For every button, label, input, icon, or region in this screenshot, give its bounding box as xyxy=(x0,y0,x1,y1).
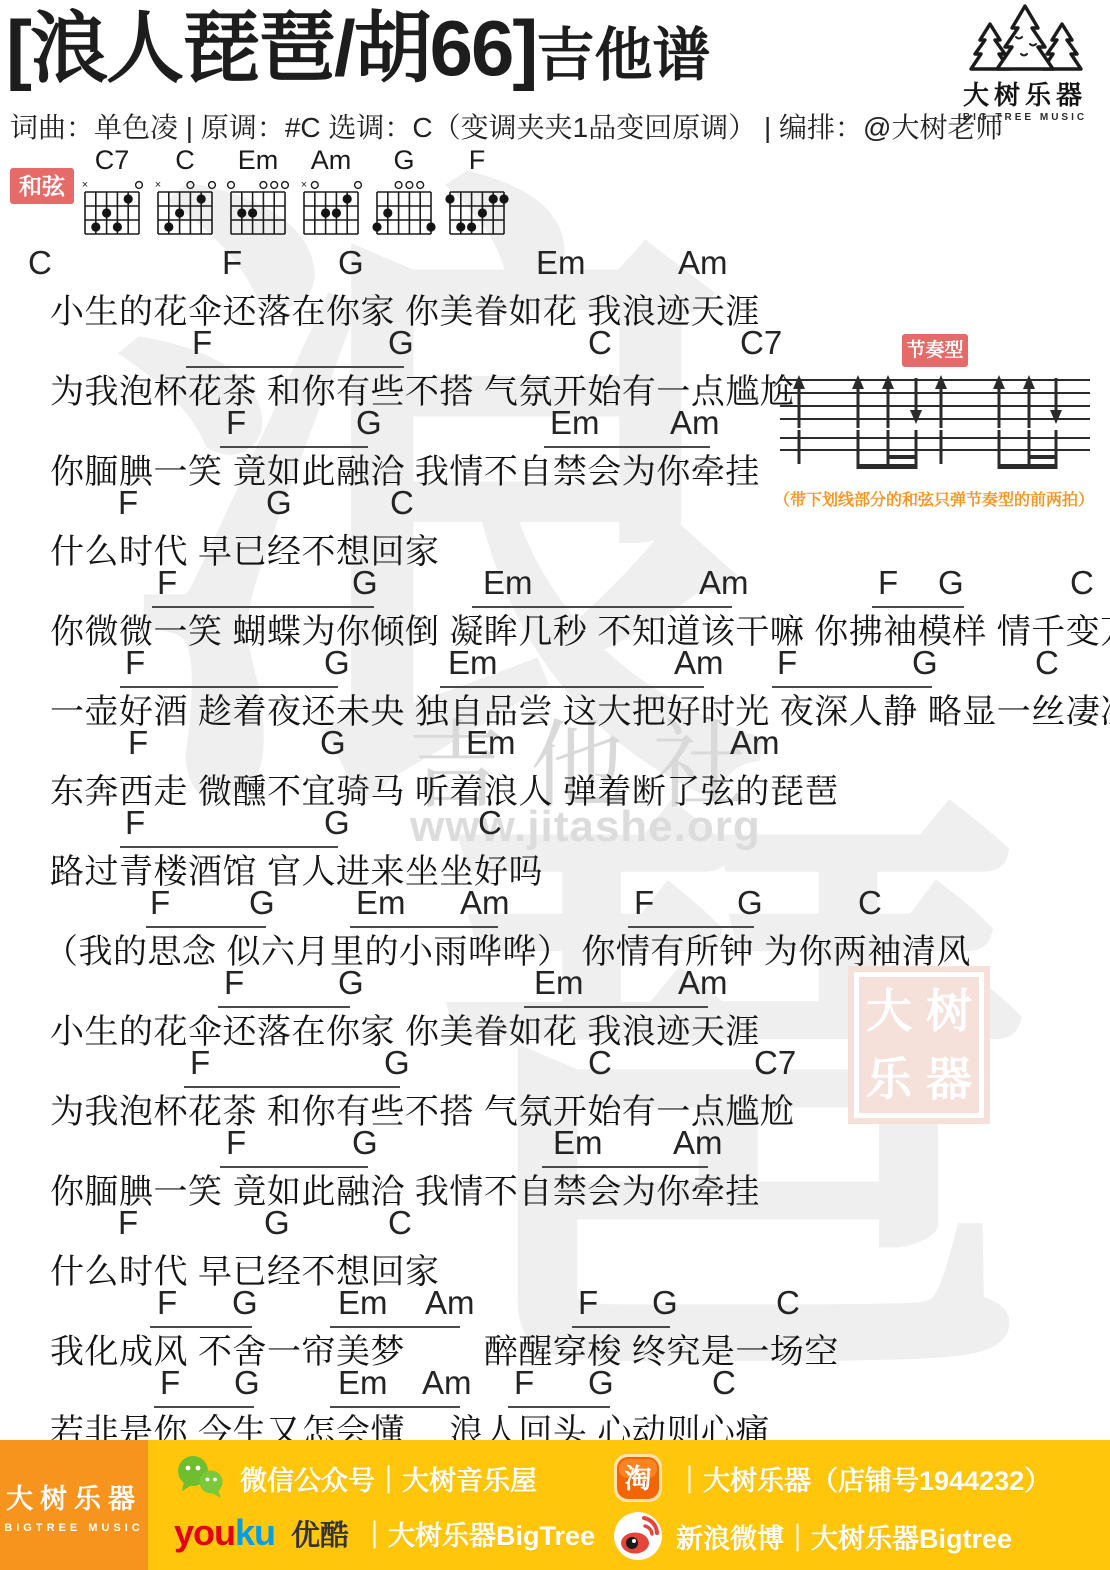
chord-symbol: G xyxy=(320,724,346,762)
chord-symbol: F xyxy=(777,644,797,682)
chord-symbol: Em xyxy=(338,1284,388,1322)
chord-symbol: C xyxy=(858,884,882,922)
chord-symbol: C xyxy=(1035,644,1059,682)
chord-symbol: C xyxy=(390,484,414,522)
score-line-5: FGEmAmFGC你微微一笑 蝴蝶为你倾倒 凝眸几秒 不知道该干嘛 你拂袖模样 … xyxy=(0,560,1110,640)
score-line-11: FGCC7为我泡杯花茶 和你有些不搭 气氛开始有一点尴尬 xyxy=(0,1040,1110,1120)
score-line-13: FGC什么时代 早已经不想回家 xyxy=(0,1200,1110,1280)
score-line-2: FGCC7为我泡杯花茶 和你有些不搭 气氛开始有一点尴尬 xyxy=(0,320,1110,400)
youku-logo-red: you xyxy=(174,1512,235,1553)
fretboard-grid xyxy=(226,176,290,238)
chord-name: Am xyxy=(311,146,352,176)
chord-symbol: G xyxy=(352,1124,378,1162)
fretboard-grid xyxy=(372,176,436,238)
chord-symbol: F xyxy=(192,324,212,362)
chords-label: 和弦 xyxy=(10,168,74,204)
chord-symbol: Am xyxy=(674,644,724,682)
score-line-1: CFGEmAm小生的花伞还落在你家 你美眷如花 我浪迹天涯 xyxy=(0,240,1110,320)
chord-symbol: G xyxy=(588,1364,614,1402)
chord-symbol: C xyxy=(712,1364,736,1402)
score-line-3: FGEmAm你腼腆一笑 竟如此融洽 我情不自禁会为你牵挂 xyxy=(0,400,1110,480)
fretboard-grid xyxy=(445,176,509,238)
chord-symbol: C xyxy=(478,804,502,842)
chord-symbol: Em xyxy=(534,964,584,1002)
chord-symbol: G xyxy=(234,1364,260,1402)
chord-symbol: F xyxy=(514,1364,534,1402)
chord-symbol: Am xyxy=(422,1364,472,1402)
chord-symbol: Am xyxy=(673,1124,723,1162)
chord-symbol: F xyxy=(878,564,898,602)
svg-text:淘: 淘 xyxy=(625,1464,652,1494)
bigtree-logo: 大树乐器 BIG TREE MUSIC xyxy=(944,4,1106,123)
chord-symbol: C xyxy=(588,324,612,362)
chord-symbol: Am xyxy=(730,724,780,762)
chord-symbol: F xyxy=(118,484,138,522)
chord-diagram-row: C7×C×EmAm×GF xyxy=(80,146,509,238)
chord-name: C7 xyxy=(95,146,130,176)
chord-symbol: G xyxy=(912,644,938,682)
chord-symbol: G xyxy=(264,1204,290,1242)
chord-symbol: Am xyxy=(678,964,728,1002)
chord-symbol: G xyxy=(356,404,382,442)
chord-diagram-F: F xyxy=(445,146,509,238)
chord-symbol: Am xyxy=(678,244,728,282)
chord-diagram-Am: Am× xyxy=(299,146,363,238)
chord-diagram-C7: C7× xyxy=(80,146,144,238)
footer-taobao-text: ｜大树乐器（店铺号1944232） xyxy=(676,1459,1051,1498)
chord-symbol: Em xyxy=(483,564,533,602)
chord-symbol: Em xyxy=(356,884,406,922)
chord-symbol: C xyxy=(588,1044,612,1082)
chord-diagram-Em: Em xyxy=(226,146,290,238)
chord-symbol: G xyxy=(384,1044,410,1082)
chord-symbol: Am xyxy=(670,404,720,442)
chord-symbol: C7 xyxy=(754,1044,796,1082)
chord-symbol: F xyxy=(118,1204,138,1242)
fretboard-grid: × xyxy=(153,176,217,238)
footer-weibo-text: 新浪微博｜大树乐器Bigtree xyxy=(676,1517,1012,1556)
weibo-icon xyxy=(612,1510,664,1562)
svg-text:×: × xyxy=(301,179,307,191)
chord-symbol: F xyxy=(224,964,244,1002)
chord-symbol: C xyxy=(1070,564,1094,602)
guitar-sheet-page: 浪 琶 吉他社 www.jitashe.org 大 树 乐 器 [浪人琵琶/胡6… xyxy=(0,0,1110,1570)
score-line-14: FGEmAmFGC我化成风 不舍一帘美梦 醉醒穿梭 终究是一场空 xyxy=(0,1280,1110,1360)
chord-name: G xyxy=(393,146,414,176)
footer-taobao-item: 淘 ｜大树乐器（店铺号1944232） xyxy=(612,1452,1051,1504)
chord-name: F xyxy=(469,146,486,176)
chord-symbol: C xyxy=(776,1284,800,1322)
chord-symbol: F xyxy=(160,1364,180,1402)
chord-symbol: F xyxy=(128,724,148,762)
score-line-15: FGEmAmFGC若非是你 今生又怎会懂 浪人回头 心动则心痛 xyxy=(0,1360,1110,1440)
score-line-7: FGEmAm东奔西走 微醺不宜骑马 听着浪人 弹着断了弦的琵琶 xyxy=(0,720,1110,800)
chord-symbol: G xyxy=(652,1284,678,1322)
chord-symbol: G xyxy=(737,884,763,922)
chord-symbol: G xyxy=(324,644,350,682)
chord-symbol: G xyxy=(266,484,292,522)
chord-symbol: G xyxy=(324,804,350,842)
song-meta: 词曲：单色凌 | 原调：#C 选调：C（变调夹夹1品变回原调） | 编排：@大树… xyxy=(10,106,1003,146)
score-line-4: FGC什么时代 早已经不想回家 xyxy=(0,480,1110,560)
logo-subname: BIG TREE MUSIC xyxy=(944,112,1106,123)
score-line-6: FGEmAmFGC一壶好酒 趁着夜还未央 独自品尝 这大把好时光 夜深人静 略显… xyxy=(0,640,1110,720)
score-line-10: FGEmAm小生的花伞还落在你家 你美眷如花 我浪迹天涯 xyxy=(0,960,1110,1040)
footer-brand-block: 大树乐器 BIGTREE MUSIC xyxy=(0,1440,148,1570)
chord-symbol: Em xyxy=(536,244,586,282)
chord-symbol: F xyxy=(226,1124,246,1162)
chord-diagram-C: C× xyxy=(153,146,217,238)
chord-symbol: C xyxy=(28,244,52,282)
chord-symbol: G xyxy=(352,564,378,602)
svg-text:×: × xyxy=(155,179,161,191)
chord-symbol: Em xyxy=(550,404,600,442)
chord-symbol: F xyxy=(634,884,654,922)
chord-symbol: F xyxy=(125,804,145,842)
footer-youku-text: ｜大树乐器BigTree xyxy=(361,1514,595,1553)
chord-name: C xyxy=(175,146,195,176)
footer-brand-name: 大树乐器 xyxy=(6,1477,142,1516)
chord-symbol: G xyxy=(338,244,364,282)
pine-trees-icon xyxy=(950,4,1100,72)
chord-symbol: G xyxy=(232,1284,258,1322)
chord-symbol: G xyxy=(249,884,275,922)
chord-symbol: F xyxy=(226,404,246,442)
chord-symbol: F xyxy=(190,1044,210,1082)
chord-symbol: Em xyxy=(338,1364,388,1402)
footer-brand-sub: BIGTREE MUSIC xyxy=(4,1522,143,1534)
svg-text:×: × xyxy=(82,179,88,191)
fretboard-grid: × xyxy=(299,176,363,238)
youku-logo: youku xyxy=(174,1512,275,1554)
chord-name: Em xyxy=(238,146,279,176)
chord-symbol: Am xyxy=(699,564,749,602)
chord-symbol: F xyxy=(157,564,177,602)
chord-symbol: G xyxy=(938,564,964,602)
chord-symbol: Am xyxy=(425,1284,475,1322)
score-line-9: FGEmAmFGC（我的思念 似六月里的小雨哗哗） 你情有所钟 为你两袖清风 xyxy=(0,880,1110,960)
footer-bar: 大树乐器 BIGTREE MUSIC 微信公众号｜大树音乐屋 淘 ｜大树乐器（店… xyxy=(0,1440,1110,1570)
chord-symbol: Em xyxy=(448,644,498,682)
chord-symbol: G xyxy=(388,324,414,362)
chord-symbol: F xyxy=(157,1284,177,1322)
wechat-icon xyxy=(174,1454,228,1502)
chord-symbol: Em xyxy=(466,724,516,762)
score-line-12: FGEmAm你腼腆一笑 竟如此融洽 我情不自禁会为你牵挂 xyxy=(0,1120,1110,1200)
chord-diagram-G: G xyxy=(372,146,436,238)
logo-name: 大树乐器 xyxy=(944,75,1106,112)
score-line-8: FGC路过青楼酒馆 官人进来坐坐好吗 xyxy=(0,800,1110,880)
chord-symbol: F xyxy=(125,644,145,682)
footer-youku-item: youku 优酷 ｜大树乐器BigTree xyxy=(174,1512,595,1554)
footer-weibo-item: 新浪微博｜大树乐器Bigtree xyxy=(612,1510,1012,1562)
chord-symbol: F xyxy=(150,884,170,922)
youku-cn-label: 优酷 xyxy=(291,1513,349,1554)
chord-symbol: C7 xyxy=(740,324,782,362)
chord-symbol: F xyxy=(578,1284,598,1322)
footer-wechat-item: 微信公众号｜大树音乐屋 xyxy=(174,1454,537,1502)
chord-symbol: F xyxy=(222,244,242,282)
taobao-icon: 淘 xyxy=(612,1452,664,1504)
chord-symbol: Em xyxy=(553,1124,603,1162)
youku-logo-blue: ku xyxy=(235,1512,275,1553)
title-song: [浪人琵琶/胡66] xyxy=(6,4,536,92)
page-title: [浪人琵琶/胡66]吉他谱 xyxy=(6,6,710,92)
chord-symbol: Am xyxy=(460,884,510,922)
chord-symbol: G xyxy=(338,964,364,1002)
title-suffix: 吉他谱 xyxy=(536,23,710,88)
footer-wechat-text: 微信公众号｜大树音乐屋 xyxy=(240,1459,537,1498)
chord-symbol: C xyxy=(388,1204,412,1242)
fretboard-grid: × xyxy=(80,176,144,238)
